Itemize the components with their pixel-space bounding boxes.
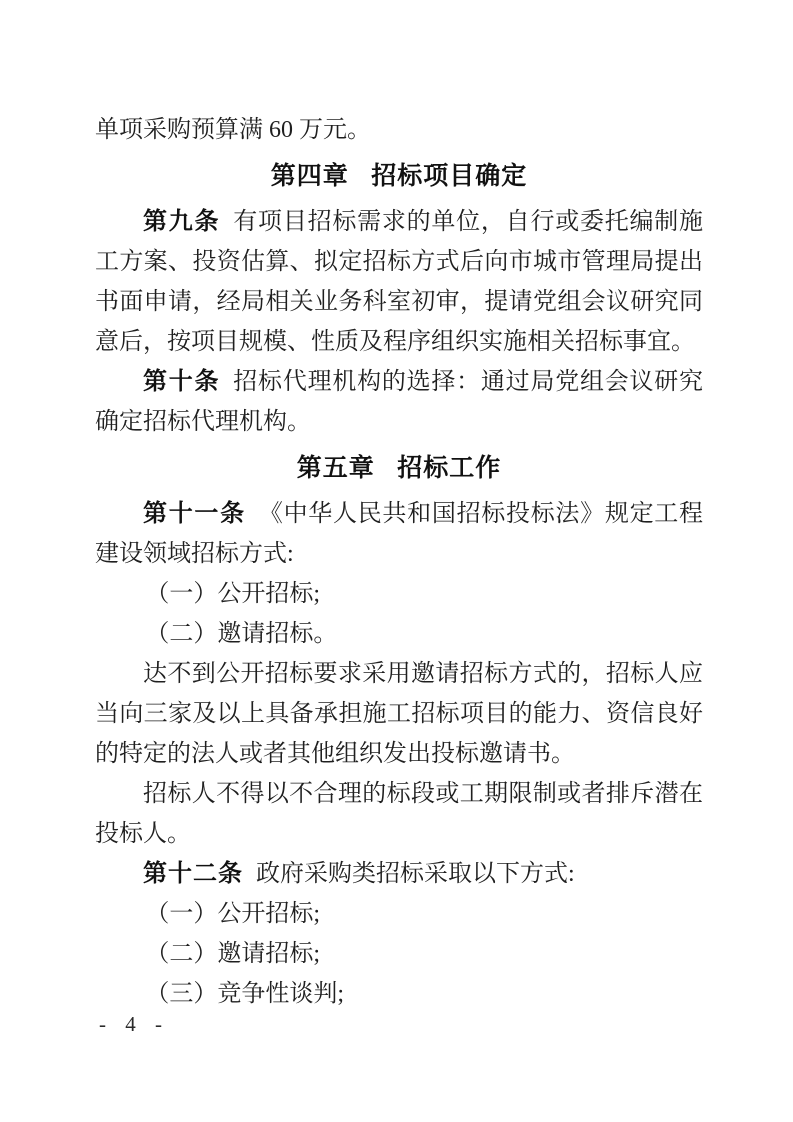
chapter-5-title: 招标工作 <box>397 454 501 482</box>
article-12-text: 政府采购类招标采取以下方式: <box>256 861 575 887</box>
article-11-item-1: （一）公开招标; <box>95 574 703 614</box>
article-12-label: 第十二条 <box>143 861 243 887</box>
paragraph-continuation: 单项采购预算满 60 万元。 <box>95 110 703 150</box>
paragraph-invitation-rule: 达不到公开招标要求采用邀请招标方式的，招标人应当向三家及以上具备承担施工招标项目… <box>95 654 703 774</box>
page-number: - 4 - <box>99 1012 169 1036</box>
article-9-label: 第九条 <box>143 209 220 235</box>
article-11-item-2: （二）邀请招标。 <box>95 614 703 654</box>
article-11-paragraph: 第十一条《中华人民共和国招标投标法》规定工程建设领域招标方式: <box>95 494 703 574</box>
chapter-4-heading: 第四章招标项目确定 <box>95 156 703 196</box>
chapter-4-title: 招标项目确定 <box>371 162 527 190</box>
article-11-label: 第十一条 <box>143 501 246 527</box>
article-10-label: 第十条 <box>143 369 220 395</box>
document-page: 单项采购预算满 60 万元。 第四章招标项目确定 第九条有项目招标需求的单位，自… <box>0 0 793 1122</box>
article-10-paragraph: 第十条招标代理机构的选择：通过局党组会议研究确定招标代理机构。 <box>95 362 703 442</box>
chapter-4-number: 第四章 <box>271 162 349 190</box>
document-content: 单项采购预算满 60 万元。 第四章招标项目确定 第九条有项目招标需求的单位，自… <box>95 110 703 1014</box>
article-12-item-2: （二）邀请招标; <box>95 934 703 974</box>
article-12-item-3: （三）竞争性谈判; <box>95 974 703 1014</box>
chapter-5-heading: 第五章招标工作 <box>95 448 703 488</box>
paragraph-restriction-rule: 招标人不得以不合理的标段或工期限制或者排斥潜在投标人。 <box>95 774 703 854</box>
article-12-paragraph: 第十二条政府采购类招标采取以下方式: <box>95 854 703 894</box>
article-12-item-1: （一）公开招标; <box>95 894 703 934</box>
article-9-paragraph: 第九条有项目招标需求的单位，自行或委托编制施工方案、投资估算、拟定招标方式后向市… <box>95 202 703 362</box>
chapter-5-number: 第五章 <box>297 454 375 482</box>
